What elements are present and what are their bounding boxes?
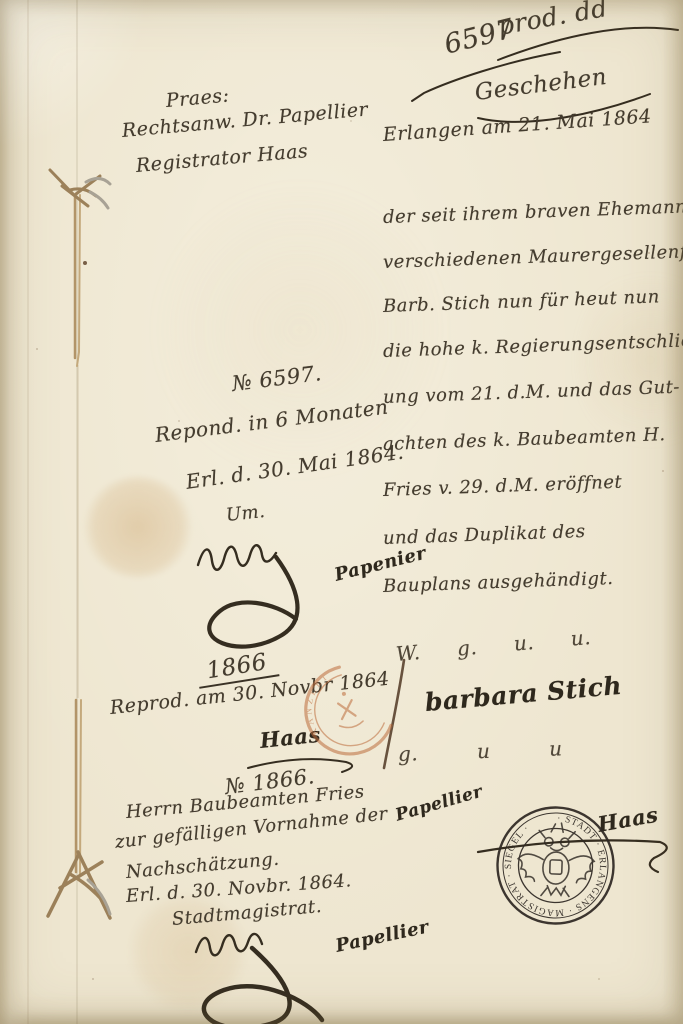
repond-note: Repond. in 6 Monaten bbox=[154, 394, 390, 446]
place-date-line: Erlangen am 21. Mai 1864 bbox=[382, 105, 652, 146]
red-stamp-dot bbox=[342, 691, 347, 696]
signature-paraph-upper bbox=[198, 545, 276, 570]
erledigt-note: Erl. d. 30. Mai 1864. bbox=[184, 440, 405, 494]
body-line: achten des k. Baubeamten H. bbox=[383, 424, 666, 455]
margin-number-note: № 6597. bbox=[231, 361, 323, 396]
red-stamp-scroll-mark bbox=[340, 720, 364, 730]
seal-inner-ring bbox=[517, 827, 594, 904]
body-line: ung vom 21. d.M. und das Gut- bbox=[383, 377, 681, 408]
red-stamp-center-mark bbox=[338, 700, 355, 719]
body-line: die hohe k. Regierungsentschließ- bbox=[383, 330, 683, 362]
ink-speckles bbox=[0, 0, 2, 2]
wgu-abbreviation-note: W. g. u. u. bbox=[395, 625, 592, 666]
body-line: Bauplans ausgehändigt. bbox=[383, 568, 614, 597]
signature-paraph-upper-loop bbox=[209, 557, 297, 647]
body-line: Barb. Stich nun für heut nun bbox=[383, 286, 660, 317]
papellier-signature-low: Papellier bbox=[393, 782, 485, 826]
praesens-line-registrar: Registrator Haas bbox=[135, 140, 309, 177]
praesens-line-attorney: Rechtsanw. Dr. Papellier bbox=[121, 99, 369, 142]
paper-stain-round bbox=[84, 476, 192, 578]
udm-note: Um. bbox=[225, 501, 266, 526]
seal-middle-ring bbox=[501, 811, 610, 920]
papellier-signature-bottom: Papellier bbox=[334, 917, 431, 957]
body-line: der seit ihrem braven Ehemanne bbox=[383, 196, 683, 228]
heading-geschehen: Geschehen bbox=[473, 64, 608, 106]
binding-thread-upper bbox=[50, 170, 110, 366]
scanned-document-page: prod. dd 6597 Geschehen Erlangen am 21. … bbox=[0, 0, 683, 1024]
signature-paraph-bottom-loop bbox=[204, 948, 322, 1024]
body-line: verschiedenen Maurergesellenfrau bbox=[383, 240, 683, 273]
binding-thread-lower bbox=[48, 700, 110, 918]
docket-number: 6597 bbox=[441, 13, 517, 60]
praesens-label: Praes: bbox=[165, 84, 230, 111]
signature-paraph-bottom bbox=[196, 934, 262, 955]
magistrate-seal: · STADT · ERLANGENS · MAGISTRAT · SIEGEL… bbox=[486, 796, 626, 936]
barbara-stich-signature: barbara Stich bbox=[424, 671, 623, 717]
body-line: Fries v. 29. d.M. eröffnet bbox=[383, 472, 623, 501]
